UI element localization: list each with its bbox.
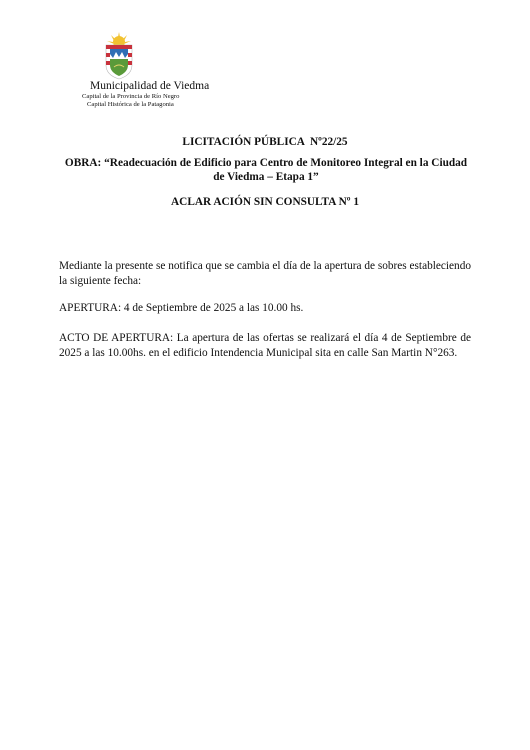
municipal-coat-of-arms-icon: [102, 32, 136, 80]
project-description: OBRA: “Readecuación de Edificio para Cen…: [60, 156, 472, 184]
notice-paragraph: Mediante la presente se notifica que se …: [59, 259, 471, 288]
opening-act-paragraph: ACTO DE APERTURA: La apertura de las ofe…: [59, 331, 471, 360]
opening-date-paragraph: APERTURA: 4 de Septiembre de 2025 a las …: [59, 301, 471, 316]
organization-subtitle-2: Capital Histórica de la Patagonia: [87, 101, 174, 108]
tender-title: LICITACIÓN PÚBLICA Nº22/25: [0, 136, 530, 148]
organization-subtitle-1: Capital de la Provincia de Río Negro: [82, 93, 179, 100]
organization-name: Municipalidad de Viedma: [90, 80, 209, 92]
document-page: Municipalidad de Viedma Capital de la Pr…: [0, 0, 530, 750]
clarification-title: ACLAR ACIÓN SIN CONSULTA Nº 1: [0, 196, 530, 208]
